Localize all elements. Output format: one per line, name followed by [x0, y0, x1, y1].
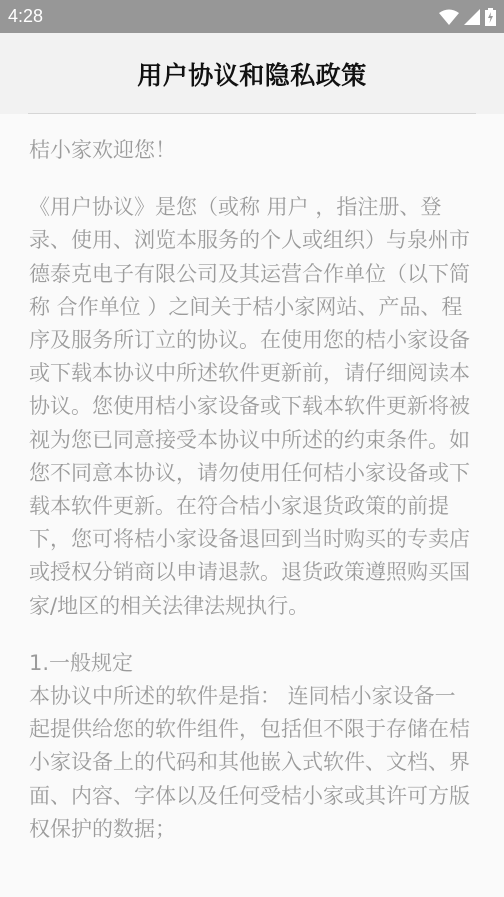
intro-paragraph: 《用户协议》是您（或称 用户 ，指注册、登录、使用、浏览本服务的个人或组织）与泉…	[29, 191, 476, 623]
header: 用户协议和隐私政策	[0, 33, 504, 114]
status-icons	[439, 8, 496, 26]
section-1-body: 本协议中所述的软件是指： 连同桔小家设备一起提供给您的软件组件，包括但不限于存储…	[29, 680, 476, 846]
wifi-icon	[439, 9, 459, 25]
signal-icon	[464, 9, 480, 25]
section-1-heading: 1.一般规定	[29, 647, 476, 680]
welcome-text: 桔小家欢迎您！	[29, 134, 476, 167]
header-divider	[28, 113, 476, 114]
agreement-content[interactable]: 桔小家欢迎您！ 《用户协议》是您（或称 用户 ，指注册、登录、使用、浏览本服务的…	[0, 114, 504, 846]
spacer	[29, 623, 476, 647]
status-time: 4:28	[8, 6, 43, 27]
status-bar: 4:28	[0, 0, 504, 33]
battery-charging-icon	[485, 8, 496, 26]
page-title: 用户协议和隐私政策	[137, 56, 367, 92]
